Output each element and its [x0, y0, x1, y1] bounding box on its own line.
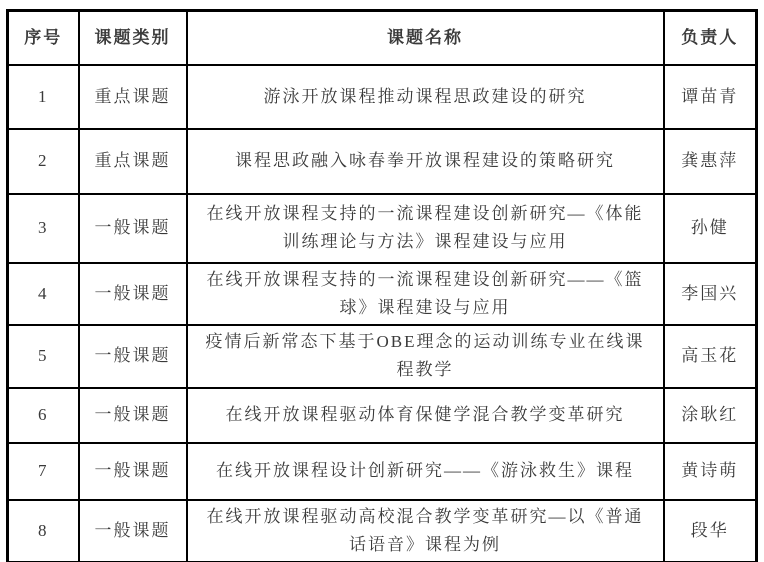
table-row: 6 一般课题 在线开放课程驱动体育保健学混合教学变革研究 涂耿红 [8, 388, 757, 443]
cell-no: 7 [8, 443, 79, 500]
cell-leader: 李国兴 [664, 263, 757, 325]
cell-leader: 黄诗萌 [664, 443, 757, 500]
header-cell-no: 序号 [8, 11, 79, 65]
cell-title: 在线开放课程支持的一流课程建设创新研究——《篮球》课程建设与应用 [187, 263, 664, 325]
cell-category: 一般课题 [79, 194, 187, 263]
cell-leader: 段华 [664, 500, 757, 562]
cell-category: 一般课题 [79, 388, 187, 443]
header-cell-leader: 负责人 [664, 11, 757, 65]
cell-no: 1 [8, 65, 79, 129]
table-row: 5 一般课题 疫情后新常态下基于OBE理念的运动训练专业在线课程教学 高玉花 [8, 325, 757, 388]
cell-leader: 高玉花 [664, 325, 757, 388]
cell-title: 在线开放课程驱动体育保健学混合教学变革研究 [187, 388, 664, 443]
header-cell-title: 课题名称 [187, 11, 664, 65]
cell-category: 一般课题 [79, 500, 187, 562]
cell-leader: 谭苗青 [664, 65, 757, 129]
cell-category: 一般课题 [79, 263, 187, 325]
cell-no: 3 [8, 194, 79, 263]
cell-no: 2 [8, 129, 79, 194]
cell-no: 8 [8, 500, 79, 562]
cell-category: 重点课题 [79, 65, 187, 129]
header-cell-category: 课题类别 [79, 11, 187, 65]
table-row: 2 重点课题 课程思政融入咏春拳开放课程建设的策略研究 龚惠萍 [8, 129, 757, 194]
document-area: 序号 课题类别 课题名称 负责人 1 重点课题 游泳开放课程推动课程思政建设的研… [0, 0, 764, 562]
cell-leader: 龚惠萍 [664, 129, 757, 194]
table-row: 7 一般课题 在线开放课程设计创新研究——《游泳救生》课程 黄诗萌 [8, 443, 757, 500]
cell-no: 4 [8, 263, 79, 325]
cell-title: 在线开放课程驱动高校混合教学变革研究—以《普通话语音》课程为例 [187, 500, 664, 562]
project-table: 序号 课题类别 课题名称 负责人 1 重点课题 游泳开放课程推动课程思政建设的研… [6, 9, 758, 562]
cell-leader: 涂耿红 [664, 388, 757, 443]
cell-title: 课程思政融入咏春拳开放课程建设的策略研究 [187, 129, 664, 194]
cell-category: 重点课题 [79, 129, 187, 194]
cell-no: 5 [8, 325, 79, 388]
cell-title: 游泳开放课程推动课程思政建设的研究 [187, 65, 664, 129]
table-row: 4 一般课题 在线开放课程支持的一流课程建设创新研究——《篮球》课程建设与应用 … [8, 263, 757, 325]
cell-title: 在线开放课程支持的一流课程建设创新研究—《体能训练理论与方法》课程建设与应用 [187, 194, 664, 263]
cell-category: 一般课题 [79, 443, 187, 500]
table-row: 8 一般课题 在线开放课程驱动高校混合教学变革研究—以《普通话语音》课程为例 段… [8, 500, 757, 562]
cell-leader: 孙健 [664, 194, 757, 263]
table-header: 序号 课题类别 课题名称 负责人 [8, 11, 757, 65]
cell-title: 疫情后新常态下基于OBE理念的运动训练专业在线课程教学 [187, 325, 664, 388]
header-row: 序号 课题类别 课题名称 负责人 [8, 11, 757, 65]
cell-category: 一般课题 [79, 325, 187, 388]
cell-title: 在线开放课程设计创新研究——《游泳救生》课程 [187, 443, 664, 500]
table-row: 3 一般课题 在线开放课程支持的一流课程建设创新研究—《体能训练理论与方法》课程… [8, 194, 757, 263]
table-row: 1 重点课题 游泳开放课程推动课程思政建设的研究 谭苗青 [8, 65, 757, 129]
table-body: 1 重点课题 游泳开放课程推动课程思政建设的研究 谭苗青 2 重点课题 课程思政… [8, 65, 757, 562]
cell-no: 6 [8, 388, 79, 443]
